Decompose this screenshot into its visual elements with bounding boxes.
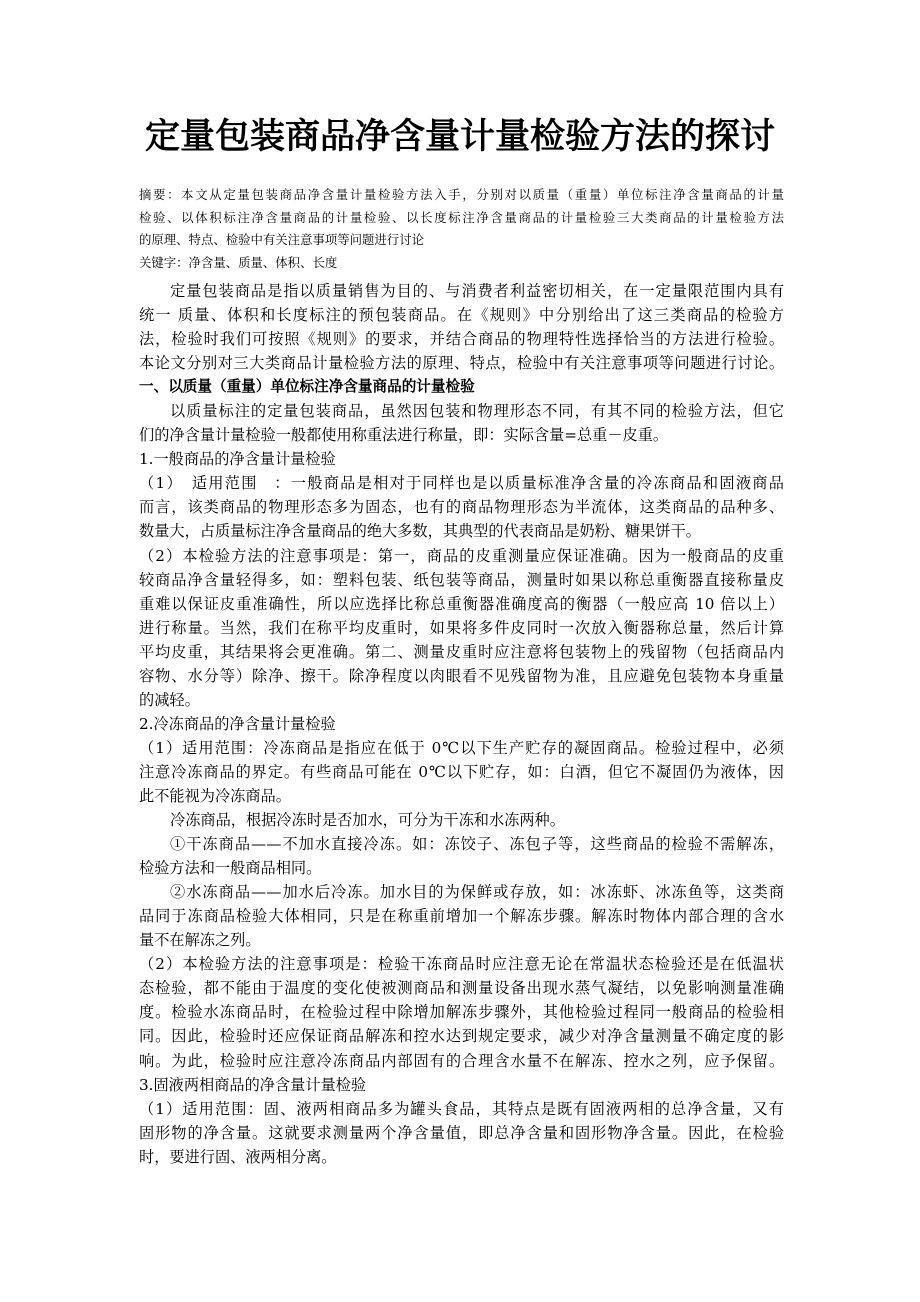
paragraph-line: ②水冻商品——加水后冷冻。加水目的为保鲜或存放，如：冰冻虾、冰冻鱼等，这类商 (139, 880, 784, 904)
paragraph-line: 态检验，都不能由于温度的变化使被测商品和测量设备出现水蒸气凝结，以免影响测量准确 (139, 976, 784, 1000)
intro-line: 本论文分别对三大类商品计量检验方法的原理、特点，检验中有关注意事项等问题进行讨论… (139, 351, 784, 375)
paragraph-line: ①干冻商品——不加水直接冷冻。如：冻饺子、冻包子等，这些商品的检验不需解冻， (139, 832, 784, 856)
abstract-line: 检验、以体积标注净含量商品的计量检验、以长度标注净含量商品的计量检验三大类商品的… (139, 207, 784, 230)
paragraph-line: 冷冻商品，根据冷冻时是否加水，可分为干冻和水冻两种。 (139, 808, 784, 832)
section-heading: 一、以质量（重量）单位标注净含量商品的计量检验 (139, 375, 784, 399)
intro-line: 统一 质量、体积和长度标注的预包装商品。在《规则》中分别给出了这三类商品的检验方 (139, 303, 784, 327)
subsection-heading: 2.冷冻商品的净含量计量检验 (139, 712, 784, 736)
keywords-line: 关键字：净含量、质量、体积、长度 (139, 252, 784, 275)
abstract-block: 摘要：本文从定量包装商品净含量计量检验方法入手，分别对以质量（重量）单位标注净含… (139, 184, 784, 274)
paragraph-line: （2）本检验方法的注意事项是：第一，商品的皮重测量应保证准确。因为一般商品的皮重 (139, 544, 784, 568)
paragraph-line: 注意冷冻商品的界定。有些商品可能在 0℃以下贮存，如：白酒，但它不凝固仍为液体，… (139, 760, 784, 784)
paragraph-line: 进行称量。当然，我们在称平均皮重时，如果将多件皮同时一次放入衡器称总量，然后计算 (139, 616, 784, 640)
document-body: 定量包装商品是指以质量销售为目的、与消费者利益密切相关，在一定量限范围内具有 统… (139, 279, 784, 1169)
section-intro-line: 以质量标注的定量包装商品，虽然因包装和物理形态不同，有其不同的检验方法，但它 (139, 399, 784, 423)
paragraph-line: 的减轻。 (139, 688, 784, 712)
paragraph-line: （1）适用范围：固、液两相商品多为罐头食品，其特点是既有固液两相的总净含量，又有 (139, 1097, 784, 1121)
paragraph-line: 度。检验水冻商品时，在检验过程中除增加解冻步骤外，其他检验过程同一般商品的检验相 (139, 1000, 784, 1024)
abstract-line: 的原理、特点、检验中有关注意事项等问题进行讨论 (139, 229, 784, 252)
paragraph-line: 品同于冻商品检验大体相同，只是在称重前增加一个解冻步骤。解冻时物体内部合理的含水 (139, 904, 784, 928)
paragraph-line: （1） 适用范围 ：一般商品是相对于同样也是以质量标准净含量的冷冻商品和固液商品 (139, 471, 784, 495)
paragraph-line: 较商品净含量轻得多，如：塑料包装、纸包装等商品，测量时如果以称总重衡器直接称量皮 (139, 568, 784, 592)
paragraph-line: 量不在解冻之列。 (139, 928, 784, 952)
abstract-line: 摘要：本文从定量包装商品净含量计量检验方法入手，分别对以质量（重量）单位标注净含… (139, 184, 784, 207)
document-page: 定量包装商品净含量计量检验方法的探讨 摘要：本文从定量包装商品净含量计量检验方法… (0, 0, 920, 1302)
subsection-heading: 3.固液两相商品的净含量计量检验 (139, 1073, 784, 1097)
paragraph-line: 重难以保证皮重准确性，所以应选择比称总重衡器准确度高的衡器（一般应高 10 倍以… (139, 592, 784, 616)
document-title: 定量包装商品净含量计量检验方法的探讨 (140, 112, 780, 162)
paragraph-line: 而言，该类商品的物理形态多为固态，也有的商品物理形态为半流体，这类商品的品种多、 (139, 495, 784, 519)
paragraph-line: 容物、水分等）除净、擦干。除净程度以肉眼看不见残留物为准，且应避免包装物本身重量 (139, 664, 784, 688)
paragraph-line: 检验方法和一般商品相同。 (139, 856, 784, 880)
paragraph-line: 此不能视为冷冻商品。 (139, 784, 784, 808)
paragraph-line: 平均皮重，其结果将会更准确。第二、测量皮重时应注意将包装物上的残留物（包括商品内 (139, 640, 784, 664)
subsection-heading: 1.一般商品的净含量计量检验 (139, 447, 784, 471)
paragraph-line: 同。因此，检验时还应保证商品解冻和控水达到规定要求，减少对净含量测量不确定度的影 (139, 1024, 784, 1048)
intro-line: 法，检验时我们可按照《规则》的要求，并结合商品的物理特性选择恰当的方法进行检验。 (139, 327, 784, 351)
paragraph-line: （2）本检验方法的注意事项是：检验干冻商品时应注意无论在常温状态检验还是在低温状 (139, 952, 784, 976)
paragraph-line: （1）适用范围：冷冻商品是指应在低于 0℃以下生产贮存的凝固商品。检验过程中，必… (139, 736, 784, 760)
paragraph-line: 时，要进行固、液两相分离。 (139, 1145, 784, 1169)
paragraph-line: 固形物的净含量。这就要求测量两个净含量值，即总净含量和固形物净含量。因此，在检验 (139, 1121, 784, 1145)
paragraph-line: 数量大，占质量标注净含量商品的绝大多数，其典型的代表商品是奶粉、糖果饼干。 (139, 519, 784, 543)
intro-line: 定量包装商品是指以质量销售为目的、与消费者利益密切相关，在一定量限范围内具有 (139, 279, 784, 303)
section-intro-line: 们的净含量计量检验一般都使用称重法进行称量，即：实际含量=总重－皮重。 (139, 423, 784, 447)
paragraph-line: 响。为此，检验时应注意冷冻商品内部固有的合理含水量不在解冻、控水之列，应予保留。 (139, 1049, 784, 1073)
